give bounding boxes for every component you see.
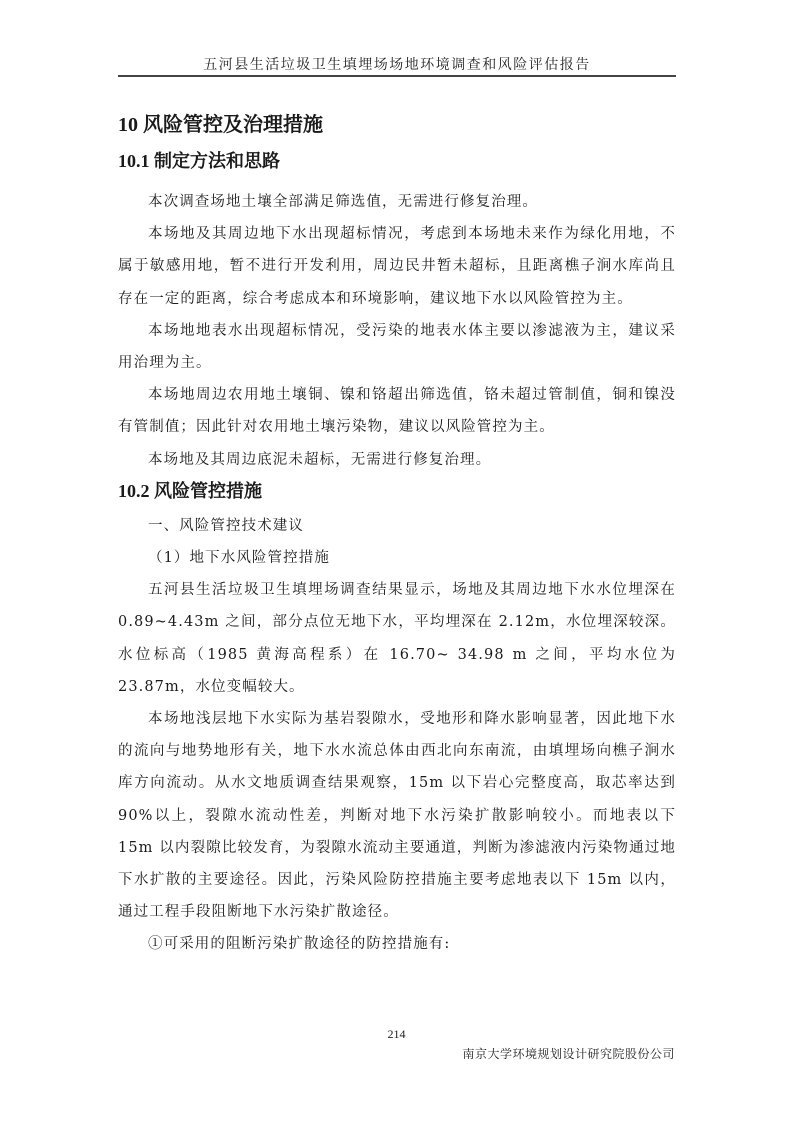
running-header: 五河县生活垃圾卫生填埋场场地环境调查和风险评估报告 [118, 54, 676, 74]
section-title: 10 风险管控及治理措施 [118, 110, 676, 142]
paragraph: 本场地周边农用地土壤铜、镍和铬超出筛选值，铬未超过管制值，铜和镍没有管制值；因此… [118, 379, 676, 443]
footer-organization: 南京大学环境规划设计研究院股份公司 [462, 1045, 675, 1062]
list-heading: 一、风险管控技术建议 [118, 510, 676, 542]
paragraph: 本场地浅层地下水实际为基岩裂隙水，受地形和降水影响显著，因此地下水的流向与地势地… [118, 703, 676, 928]
paragraph: 本场地及其周边地下水出现超标情况，考虑到本场地未来作为绿化用地，不属于敏感用地，… [118, 218, 676, 315]
paragraph: 五河县生活垃圾卫生填埋场调查结果显示，场地及其周边地下水水位埋深在 0.89~4… [118, 574, 676, 703]
subsection-title-10-2: 10.2 风险管控措施 [118, 478, 676, 504]
page-content: 10 风险管控及治理措施 10.1 制定方法和思路 本次调查场地土壤全部满足筛选… [118, 110, 676, 961]
paragraph: 本场地及其周边底泥未超标，无需进行修复治理。 [118, 444, 676, 476]
paragraph: ①可采用的阻断污染扩散途径的防控措施有: [118, 928, 676, 960]
header-rule [118, 75, 676, 77]
page-number: 214 [0, 1027, 793, 1042]
paragraph: 本场地地表水出现超标情况，受污染的地表水体主要以渗滤液为主，建议采用治理为主。 [118, 315, 676, 379]
paragraph: 本次调查场地土壤全部满足筛选值，无需进行修复治理。 [118, 186, 676, 218]
list-subheading: （1）地下水风险管控措施 [118, 542, 676, 574]
subsection-title-10-1: 10.1 制定方法和思路 [118, 148, 676, 174]
document-page: 五河县生活垃圾卫生填埋场场地环境调查和风险评估报告 10 风险管控及治理措施 1… [0, 0, 793, 1122]
